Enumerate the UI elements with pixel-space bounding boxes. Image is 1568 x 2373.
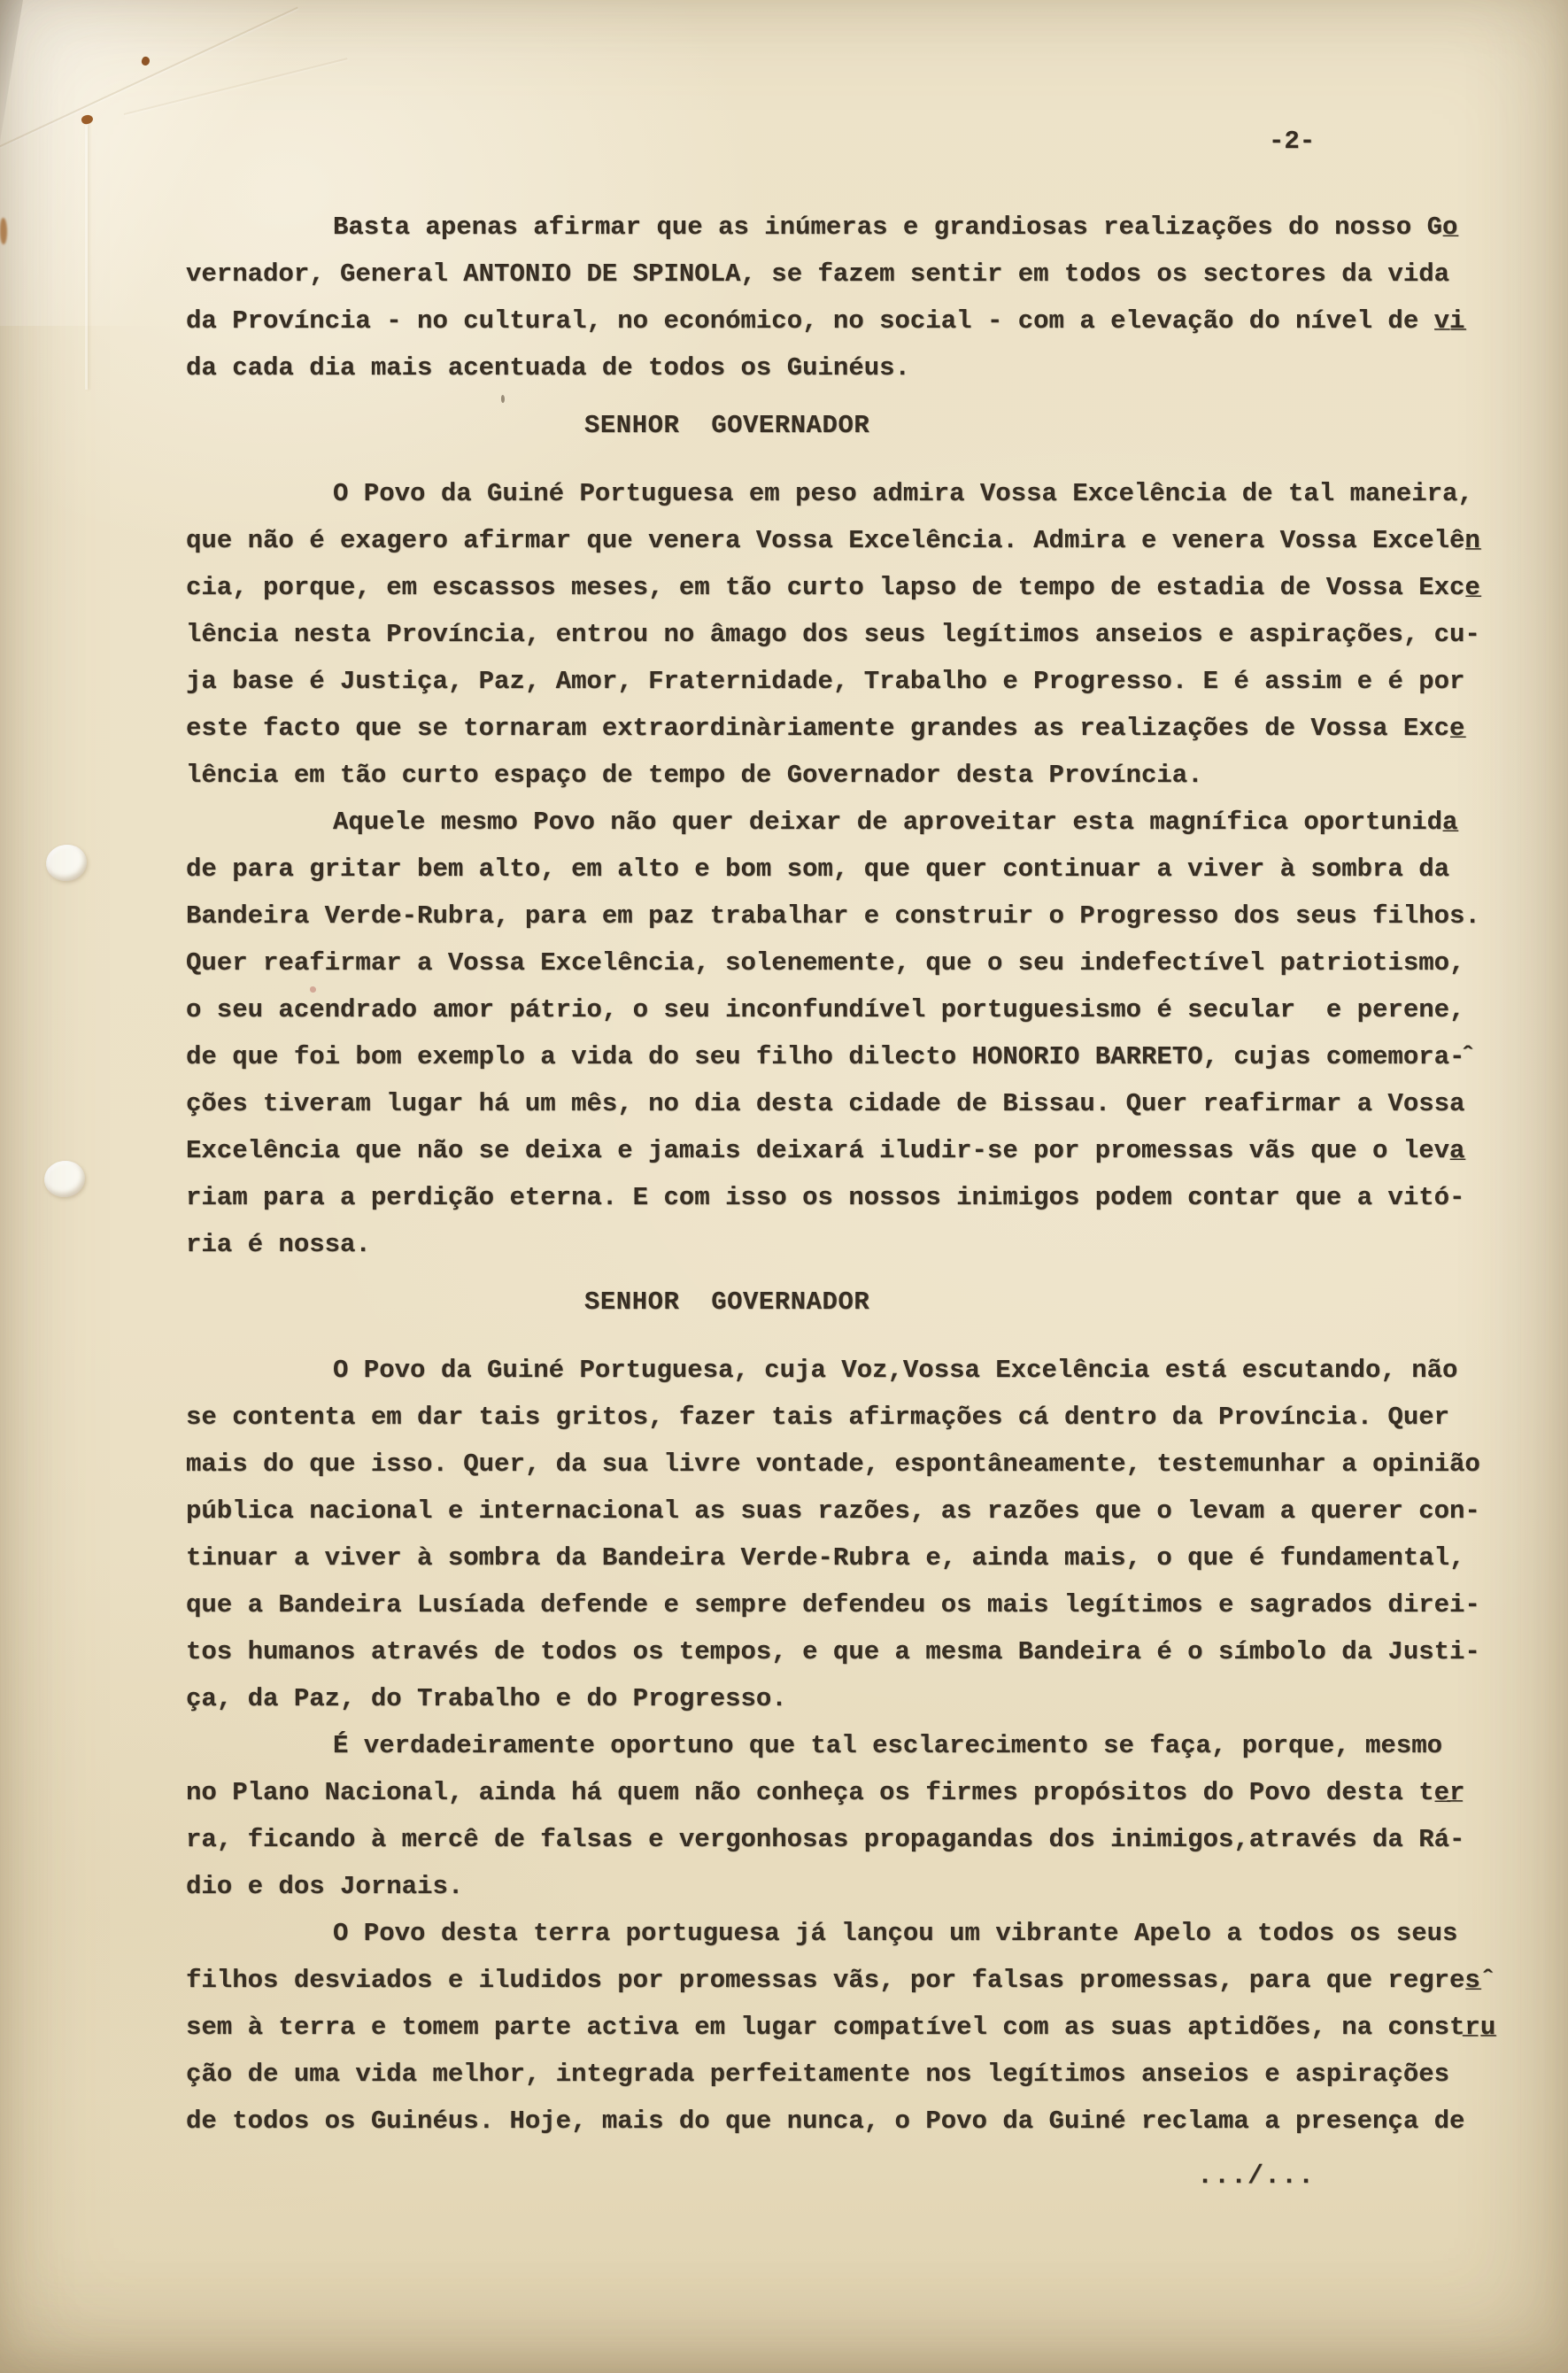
text-line: tinuar a viver à sombra da Bandeira Verd… [186, 1534, 1495, 1581]
text-line: que a Bandeira Lusíada defende e sempre … [186, 1581, 1495, 1628]
text-line: tos humanos através de todos os tempos, … [186, 1628, 1495, 1675]
text-line: mais do que isso. Quer, da sua livre von… [186, 1441, 1495, 1488]
paragraph: O Povo desta terra portuguesa já lançou … [186, 1910, 1495, 2145]
paragraph: Aquele mesmo Povo não quer deixar de apr… [186, 799, 1495, 1268]
text-line: de que foi bom exemplo a vida do seu fil… [186, 1033, 1495, 1080]
text-line: lência em tão curto espaço de tempo de G… [186, 752, 1495, 799]
section-heading: SENHOR GOVERNADOR [584, 1279, 1495, 1326]
scan-edge-corner [0, 0, 23, 142]
text-line: Basta apenas afirmar que as inúmeras e g… [186, 204, 1495, 251]
text-line: É verdadeiramente oportuno que tal escla… [186, 1722, 1495, 1769]
text-line: da Província - no cultural, no económico… [186, 298, 1495, 344]
paper-crease [0, 6, 298, 150]
text-line: Excelência que não se deixa e jamais dei… [186, 1127, 1495, 1174]
text-line: Aquele mesmo Povo não quer deixar de apr… [186, 799, 1495, 846]
text-line: ções tiveram lugar há um mês, no dia des… [186, 1080, 1495, 1127]
text-line: se contenta em dar tais gritos, fazer ta… [186, 1394, 1495, 1441]
text-line: de para gritar bem alto, em alto e bom s… [186, 846, 1495, 893]
paper-crease [124, 58, 348, 115]
document-page: -2- Basta apenas afirmar que as inúmeras… [0, 0, 1568, 2373]
paragraph: Basta apenas afirmar que as inúmeras e g… [186, 204, 1495, 391]
text-line: no Plano Nacional, ainda há quem não con… [186, 1769, 1495, 1816]
text-line: O Povo da Guiné Portuguesa em peso admir… [186, 470, 1495, 517]
continuation-mark: .../... [1197, 2157, 1315, 2196]
text-line: vernador, General ANTONIO DE SPINOLA, se… [186, 251, 1495, 298]
text-line: lência nesta Província, entrou no âmago … [186, 611, 1495, 658]
text-line: que não é exagero afirmar que venera Vos… [186, 517, 1495, 564]
text-line: de todos os Guinéus. Hoje, mais do que n… [186, 2098, 1495, 2145]
text-line: sem à terra e tomem parte activa em luga… [186, 2004, 1495, 2051]
paragraph: É verdadeiramente oportuno que tal escla… [186, 1722, 1495, 1910]
text-line: filhos desviados e iludidos por promessa… [186, 1957, 1495, 2004]
paragraph: O Povo da Guiné Portuguesa em peso admir… [186, 470, 1495, 799]
page-number: -2- [1269, 124, 1315, 159]
paper-speck [140, 56, 151, 67]
text-line: ra, ficando à mercê de falsas e vergonho… [186, 1816, 1495, 1863]
text-line: ria é nossa. [186, 1221, 1495, 1268]
text-line: da cada dia mais acentuada de todos os G… [186, 344, 1495, 391]
section-heading: SENHOR GOVERNADOR [584, 402, 1495, 449]
text-line: este facto que se tornaram extraordinàri… [186, 705, 1495, 752]
paragraph: O Povo da Guiné Portuguesa, cuja Voz,Vos… [186, 1347, 1495, 1722]
text-line: riam para a perdição eterna. E com isso … [186, 1174, 1495, 1221]
text-line: O Povo desta terra portuguesa já lançou … [186, 1910, 1495, 1957]
text-line: dio e dos Jornais. [186, 1863, 1495, 1910]
text-line: O Povo da Guiné Portuguesa, cuja Voz,Vos… [186, 1347, 1495, 1394]
document-body: Basta apenas afirmar que as inúmeras e g… [0, 204, 1495, 2145]
text-line: cia, porque, em escassos meses, em tão c… [186, 564, 1495, 611]
text-line: ça, da Paz, do Trabalho e do Progresso. [186, 1675, 1495, 1722]
text-line: Bandeira Verde-Rubra, para em paz trabal… [186, 893, 1495, 939]
text-line: ja base é Justiça, Paz, Amor, Fraternida… [186, 658, 1495, 705]
text-line: pública nacional e internacional as suas… [186, 1488, 1495, 1534]
text-line: ção de uma vida melhor, integrada perfei… [186, 2051, 1495, 2098]
paper-speck [81, 113, 94, 125]
text-line: Quer reafirmar a Vossa Excelência, solen… [186, 939, 1495, 986]
text-line: o seu acendrado amor pátrio, o seu incon… [186, 986, 1495, 1033]
